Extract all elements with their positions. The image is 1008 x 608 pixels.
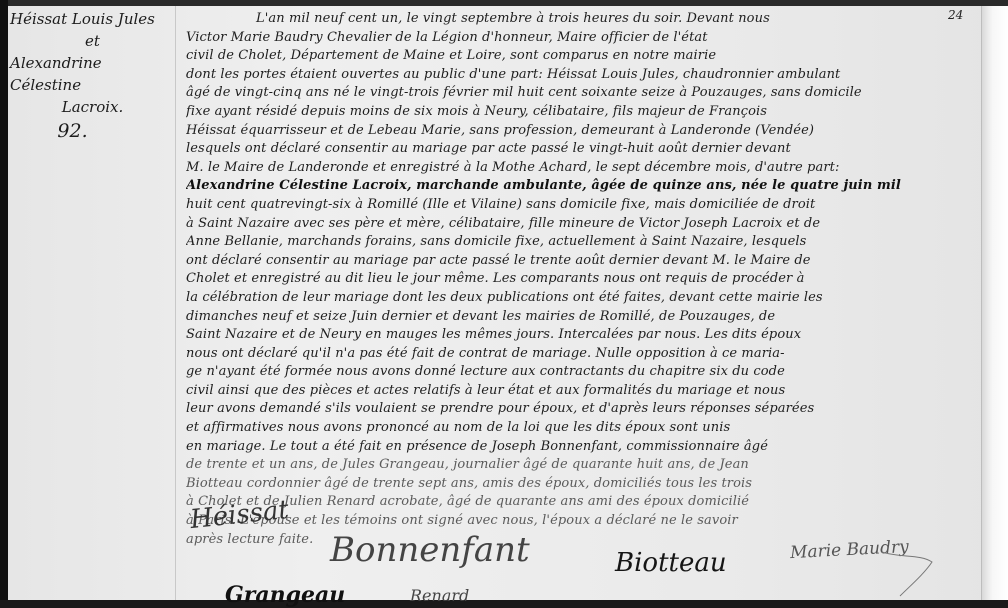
body-line: dimanches neuf et seize Juin dernier et …: [186, 308, 966, 327]
body-line: Alexandrine Célestine Lacroix, marchande…: [186, 177, 966, 196]
record-body: L'an mil neuf cent un, le vingt septembr…: [186, 10, 966, 549]
signature-flourish-icon: [880, 548, 940, 598]
margin-groom-name: Héissat Louis Jules: [10, 10, 155, 28]
body-line: de trente et un ans, de Jules Grangeau, …: [186, 456, 966, 475]
body-line: en mariage. Le tout a été fait en présen…: [186, 438, 966, 457]
signature-witness: Bonnenfant: [330, 530, 530, 570]
margin-conjunction: et: [10, 30, 175, 52]
body-line: Biotteau cordonnier âgé de trente sept a…: [186, 475, 966, 494]
margin-rule: [175, 6, 176, 600]
body-line: ont déclaré consentir au mariage par act…: [186, 252, 966, 271]
body-line: Saint Nazaire et de Neury en mauges les …: [186, 326, 966, 345]
body-line: lesquels ont déclaré consentir au mariag…: [186, 140, 966, 159]
body-line: Victor Marie Baudry Chevalier de la Légi…: [186, 29, 966, 48]
margin-annotation: Héissat Louis Jules et Alexandrine Céles…: [10, 8, 175, 142]
body-line: dont les portes étaient ouvertes au publ…: [186, 66, 966, 85]
body-line: âgé de vingt-cinq ans né le vingt-trois …: [186, 84, 966, 103]
body-line: la célébration de leur mariage dont les …: [186, 289, 966, 308]
signature-witness: Grangeau: [225, 582, 345, 600]
body-line: huit cent quatrevingt-six à Romillé (Ill…: [186, 196, 966, 215]
body-line: M. le Maire de Landeronde et enregistré …: [186, 159, 966, 178]
body-line: nous ont déclaré qu'il n'a pas été fait …: [186, 345, 966, 364]
body-line: L'an mil neuf cent un, le vingt septembr…: [186, 10, 966, 29]
margin-bride-surname: Lacroix.: [10, 96, 175, 118]
body-line: Cholet et enregistré au dit lieu le jour…: [186, 270, 966, 289]
margin-bride-name: Alexandrine Célestine: [10, 54, 102, 94]
body-line: et affirmatives nous avons prononcé au n…: [186, 419, 966, 438]
body-line: à Paris. L'épouse et les témoins ont sig…: [186, 512, 966, 531]
signature-witness: Renard: [410, 586, 469, 600]
body-line: à Saint Nazaire avec ses père et mère, c…: [186, 215, 966, 234]
page-binding-edge: [981, 6, 1008, 600]
body-line: à Cholet et de Julien Renard acrobate, â…: [186, 493, 966, 512]
body-line: civil ainsi que des pièces et actes rela…: [186, 382, 966, 401]
body-line: civil de Cholet, Département de Maine et…: [186, 47, 966, 66]
body-line: leur avons demandé s'ils voulaient se pr…: [186, 400, 966, 419]
scan-left-edge: [0, 0, 8, 600]
record-number: 92.: [10, 120, 175, 142]
signature-witness: Biotteau: [615, 548, 727, 578]
body-line: Anne Bellanie, marchands forains, sans d…: [186, 233, 966, 252]
body-line: ge n'ayant été formée nous avons donné l…: [186, 363, 966, 382]
body-line: fixe ayant résidé depuis moins de six mo…: [186, 103, 966, 122]
body-line: Héissat équarrisseur et de Lebeau Marie,…: [186, 122, 966, 141]
